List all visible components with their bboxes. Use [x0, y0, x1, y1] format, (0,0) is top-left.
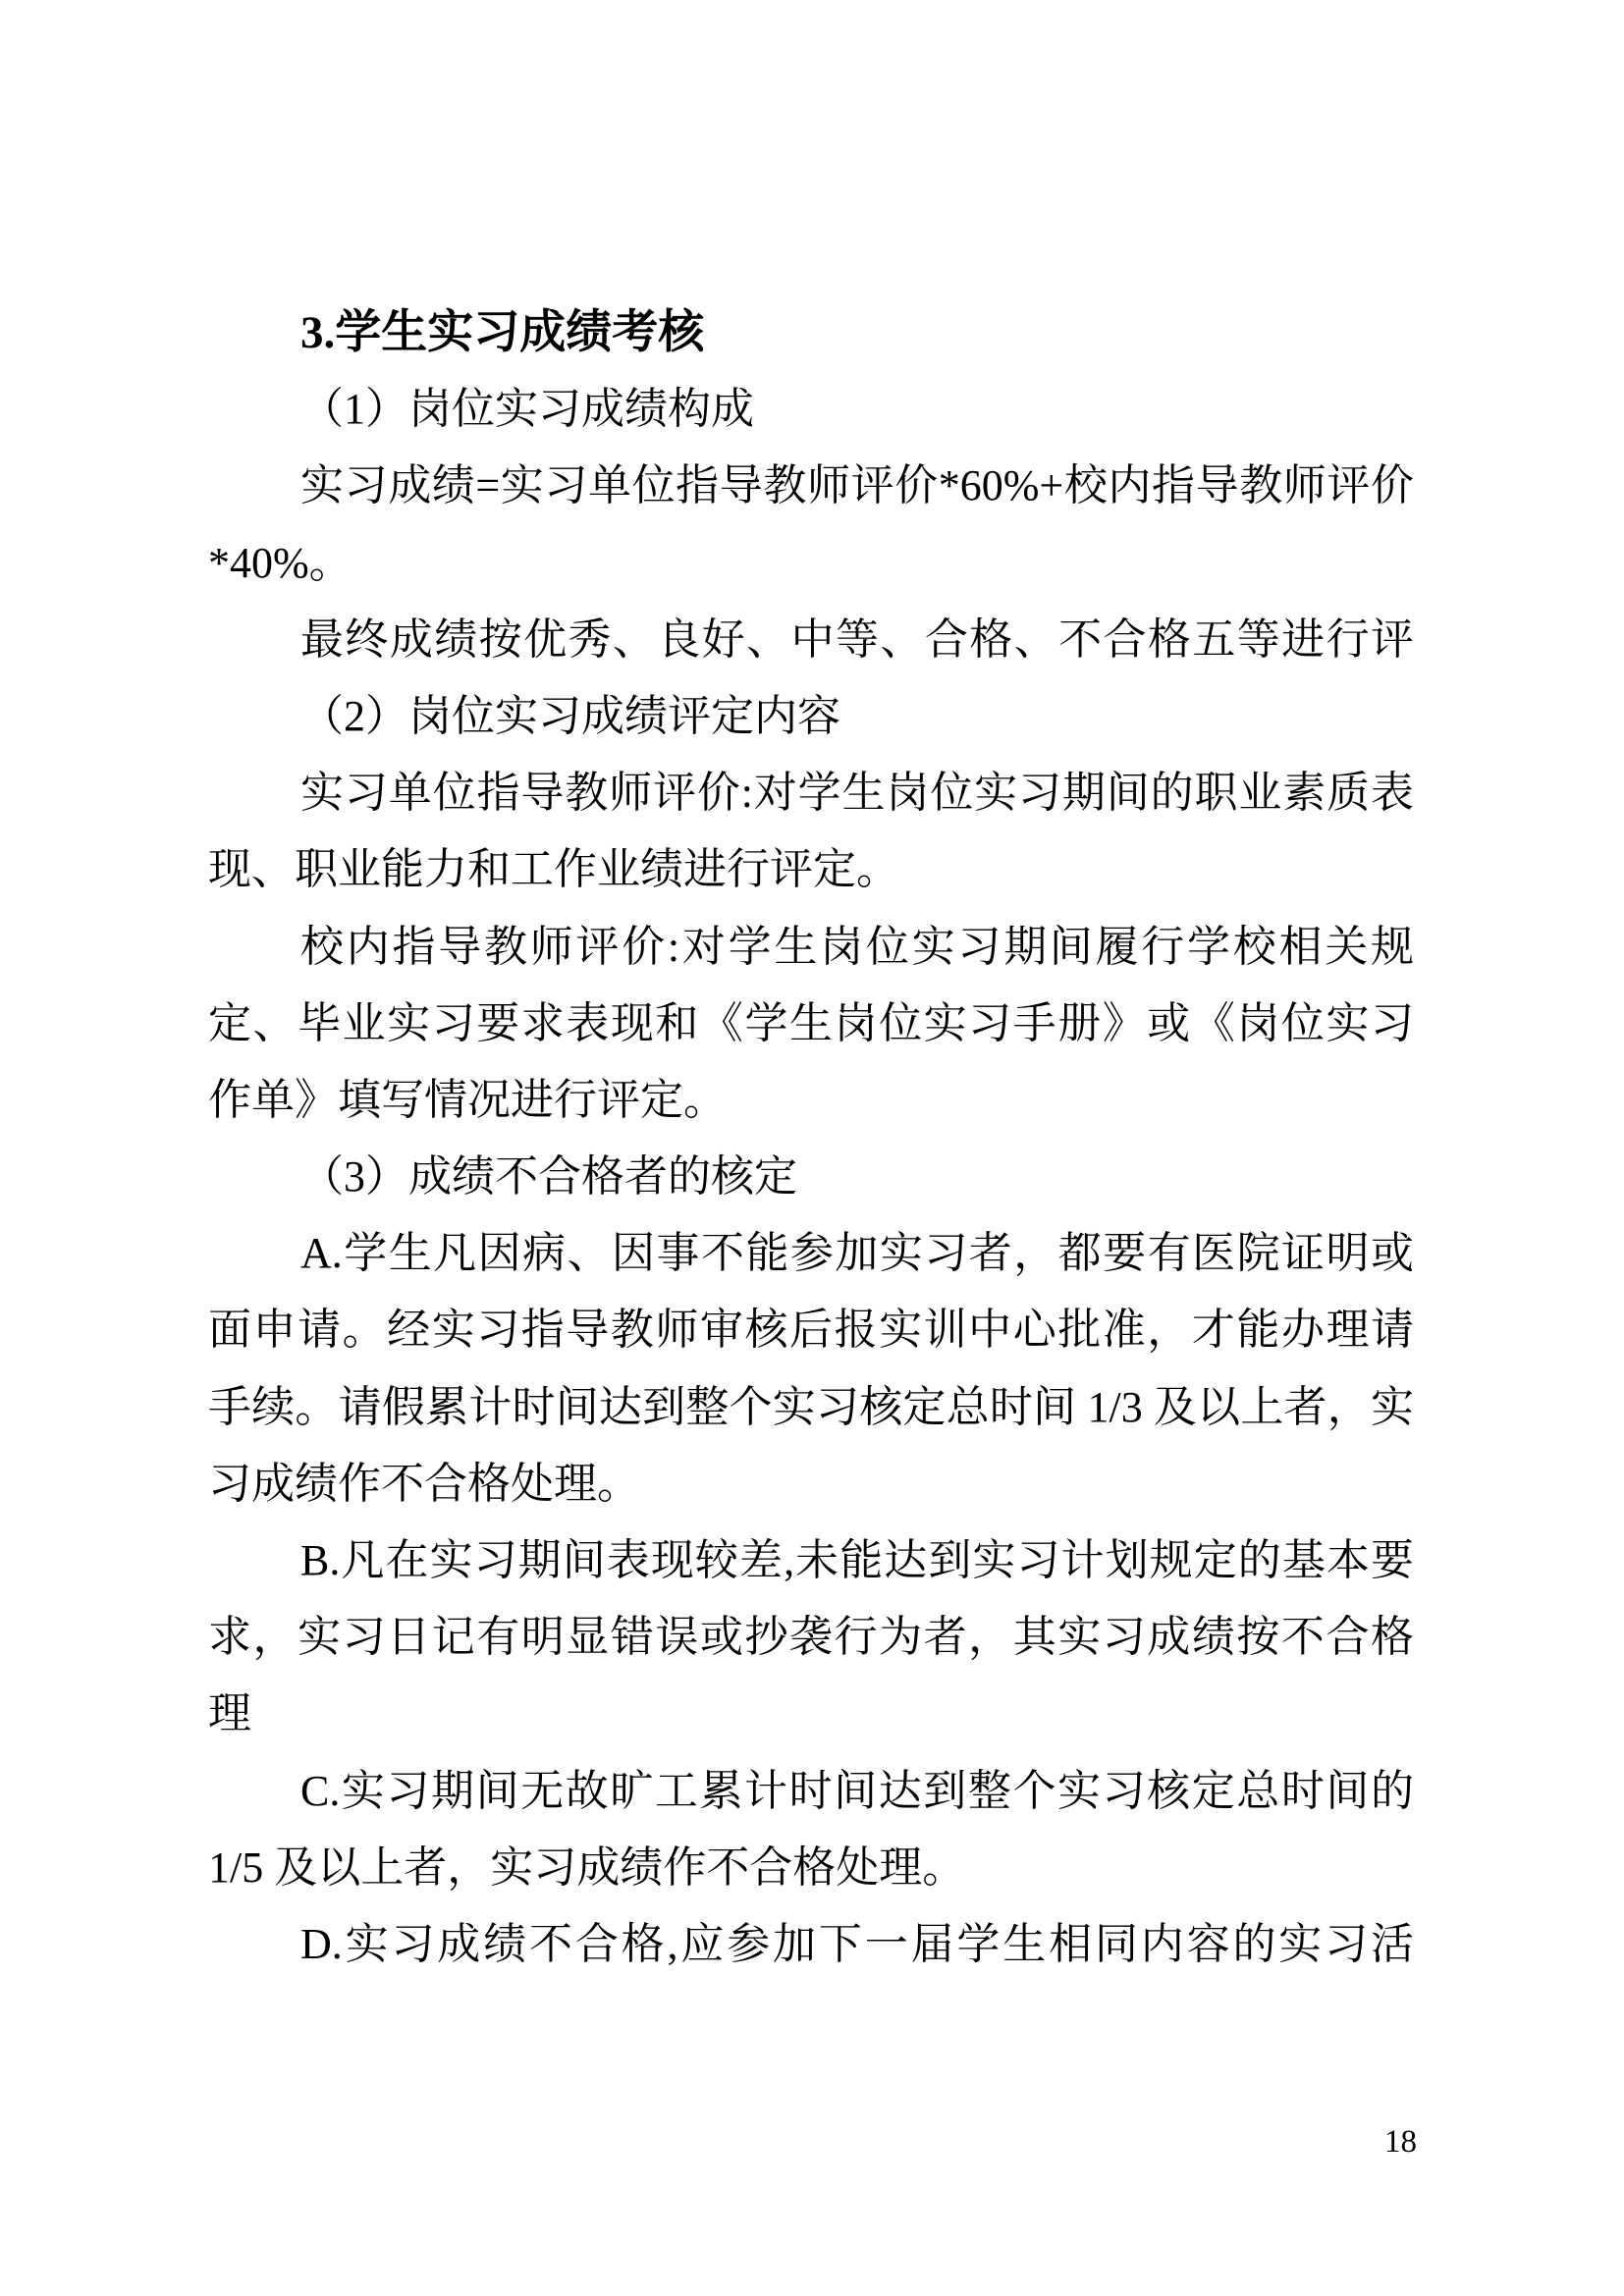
text-line: 理	[208, 1676, 1414, 1752]
text-line: （3）成绩不合格者的核定	[208, 1139, 1414, 1215]
text-line: 作单》填写情况进行评定。	[208, 1062, 1414, 1139]
text-line: 最终成绩按优秀、良好、中等、合格、不合格五等进行评定。	[208, 602, 1414, 678]
text-line: 习成绩作不合格处理。	[208, 1446, 1414, 1522]
section-heading: 3.学生实习成绩考核	[208, 294, 1414, 371]
document-page: 3.学生实习成绩考核（1）岗位实习成绩构成实习成绩=实习单位指导教师评价*60%…	[0, 0, 1624, 2296]
text-line: 面申请。经实习指导教师审核后报实训中心批准，才能办理请假	[208, 1292, 1414, 1368]
page-number: 18	[1384, 2122, 1417, 2162]
text-line: 1/5 及以上者，实习成绩作不合格处理。	[208, 1830, 1414, 1906]
text-line: A.学生凡因病、因事不能参加实习者，都要有医院证明或书	[208, 1215, 1414, 1292]
text-line: （1）岗位实习成绩构成	[208, 371, 1414, 448]
text-line: *40%。	[208, 525, 1414, 602]
text-line: 实习成绩=实习单位指导教师评价*60%+校内指导教师评价	[208, 448, 1414, 524]
text-line: 现、职业能力和工作业绩进行评定。	[208, 831, 1414, 908]
text-line: C.实习期间无故旷工累计时间达到整个实习核定总时间的	[208, 1753, 1414, 1830]
text-line: 手续。请假累计时间达到整个实习核定总时间 1/3 及以上者，实	[208, 1369, 1414, 1446]
document-body: 3.学生实习成绩考核（1）岗位实习成绩构成实习成绩=实习单位指导教师评价*60%…	[208, 294, 1414, 1983]
text-line: 校内指导教师评价:对学生岗位实习期间履行学校相关规	[208, 909, 1414, 986]
text-line: 定、毕业实习要求表现和《学生岗位实习手册》或《岗位实习工	[208, 986, 1414, 1062]
text-line: D.实习成绩不合格,应参加下一届学生相同内容的实习活	[208, 1906, 1414, 1983]
text-line: 求，实习日记有明显错误或抄袭行为者，其实习成绩按不合格处	[208, 1599, 1414, 1676]
text-line: B.凡在实习期间表现较差,未能达到实习计划规定的基本要	[208, 1522, 1414, 1599]
text-line: 实习单位指导教师评价:对学生岗位实习期间的职业素质表	[208, 755, 1414, 831]
text-line: （2）岗位实习成绩评定内容	[208, 678, 1414, 755]
